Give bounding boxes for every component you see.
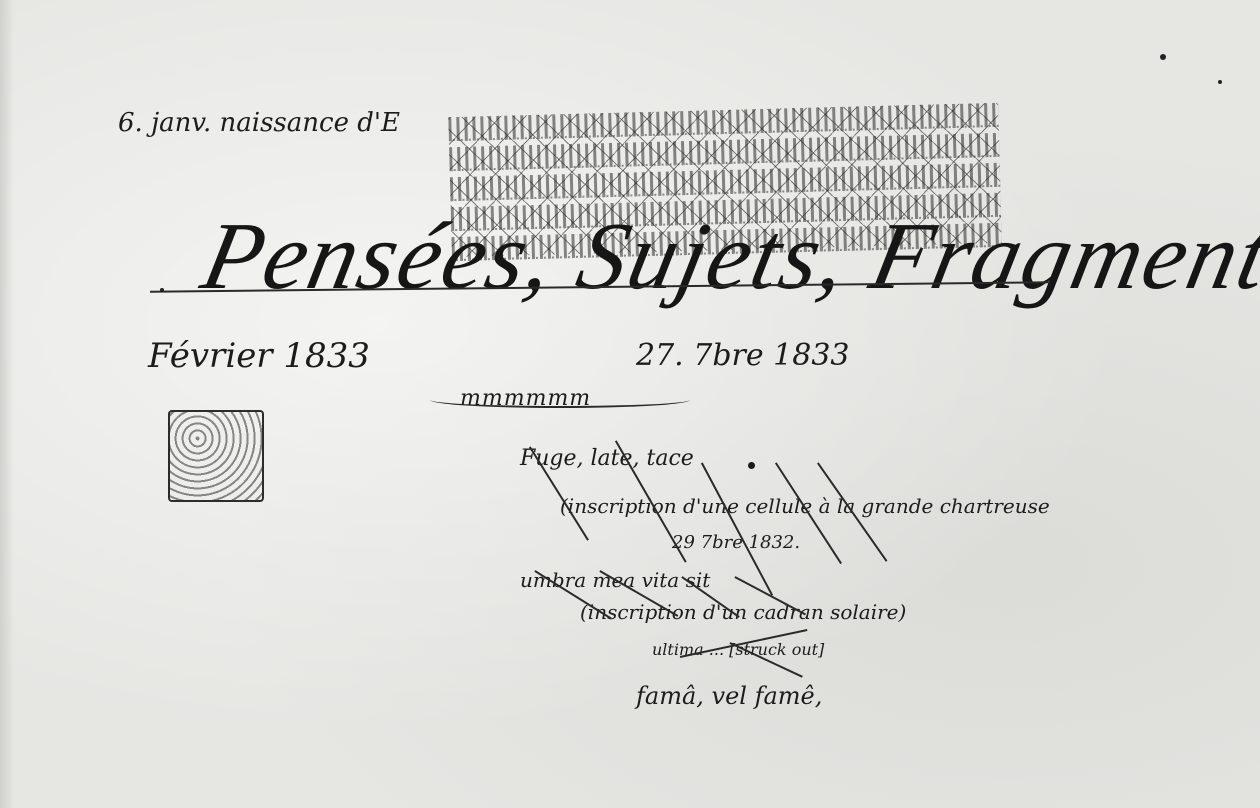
date-left: Février 1833 xyxy=(148,336,370,376)
date-right: 27. 7bre 1833 xyxy=(636,338,850,373)
entry-1-date: 29 7bre 1832. xyxy=(672,532,800,553)
ink-speck xyxy=(160,288,164,292)
entry-1-text: Fuge, late, tace xyxy=(520,446,694,471)
entry-4-text: famâ, vel famê, xyxy=(636,682,822,710)
ink-speck xyxy=(1160,54,1166,60)
manuscript-page: 6. janv. naissance d'E Pensées, Sujets, … xyxy=(0,0,1260,808)
entry-2-note: (inscription d'un cadran solaire) xyxy=(580,600,906,624)
strike-line xyxy=(701,462,773,595)
scribble-box xyxy=(168,410,264,502)
corner-note: 6. janv. naissance d'E xyxy=(118,108,400,138)
page-title: Pensées, Sujets, Fragment xyxy=(193,200,1260,311)
flourish-text: mmmmmm xyxy=(460,386,591,411)
ink-dot xyxy=(748,462,755,469)
ink-speck xyxy=(1218,80,1222,84)
